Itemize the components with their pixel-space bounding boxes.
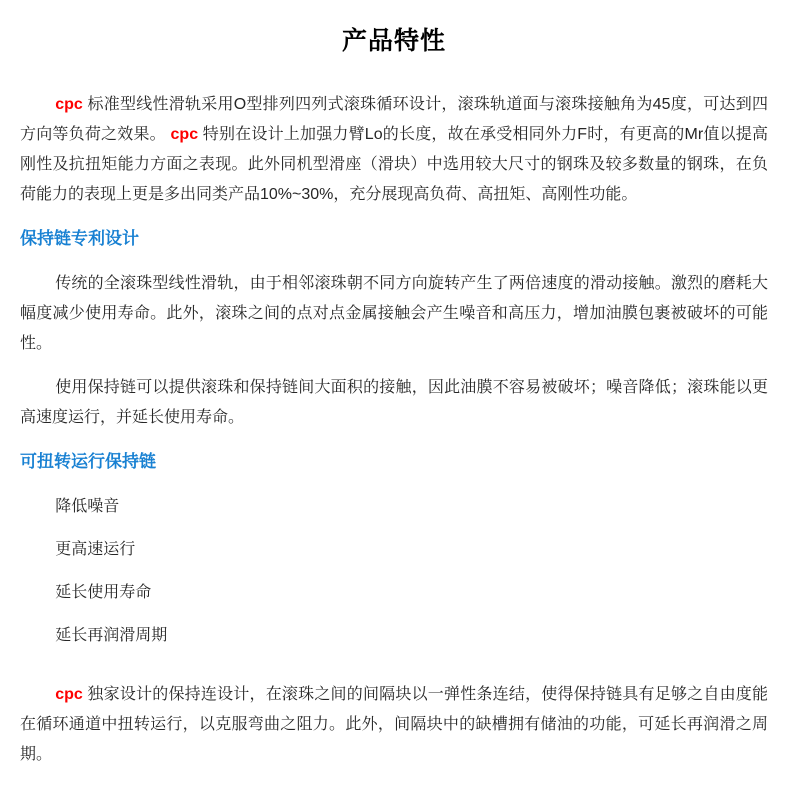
page-title: 产品特性 [20,24,768,58]
section-heading-twistable-cage: 可扭转运行保持链 [20,450,768,474]
brand-cpc-text: cpc [171,126,199,143]
patent-cage-paragraph-1: 传统的全滚珠型线性滑轨，由于相邻滚珠朝不同方向旋转产生了两倍速度的滑动接触。激烈… [20,269,768,359]
brand-cpc-text: cpc [55,96,83,113]
paragraph-text: 独家设计的保持连设计，在滚珠之间的间隔块以一弹性条连结，使得保持链具有足够之自由… [20,686,768,763]
section-heading-patent-cage: 保持链专利设计 [20,227,768,251]
feature-item-relubrication: 延长再润滑周期 [20,621,768,651]
feature-item-lifespan: 延长使用寿命 [20,578,768,608]
intro-paragraph: cpc 标准型线性滑轨采用O型排列四列式滚珠循环设计，滚珠轨道面与滚珠接触角为4… [20,90,768,210]
patent-cage-paragraph-2: 使用保持链可以提供滚珠和保持链间大面积的接触，因此油膜不容易被破坏；噪音降低；滚… [20,373,768,433]
closing-paragraph: cpc 独家设计的保持连设计，在滚珠之间的间隔块以一弹性条连结，使得保持链具有足… [20,680,768,770]
feature-list: 降低噪音 更高速运行 延长使用寿命 延长再润滑周期 [20,492,768,651]
feature-item-speed: 更高速运行 [20,535,768,565]
feature-item-noise: 降低噪音 [20,492,768,522]
document-page: 产品特性 cpc 标准型线性滑轨采用O型排列四列式滚珠循环设计，滚珠轨道面与滚珠… [0,0,788,794]
brand-cpc-text: cpc [55,686,83,703]
